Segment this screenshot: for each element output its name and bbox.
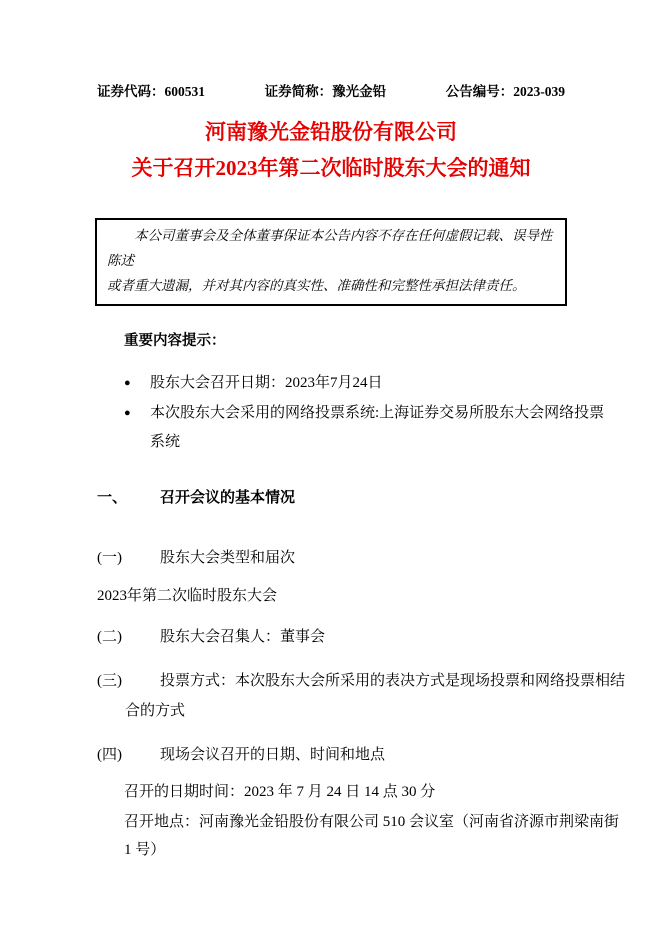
important-notice-heading: 重要内容提示：	[124, 329, 226, 350]
item-onsite-meeting: (四)现场会议召开的日期、时间和地点	[97, 740, 385, 770]
stock-short-name: 证券简称：豫光金铅	[265, 80, 387, 100]
item-number: (一)	[97, 543, 160, 573]
item-text: 股东大会类型和届次	[160, 550, 295, 566]
item-text: 股东大会召集人：董事会	[160, 629, 325, 645]
meeting-location-line2: 1 号）	[124, 835, 165, 865]
item-number: (二)	[97, 622, 160, 652]
disclaimer-line1: 本公司董事会及全体董事保证本公告内容不存在任何虚假记载、误导性陈述	[107, 223, 555, 273]
item-continuation: 合的方式	[125, 696, 625, 726]
document-title-line2: 关于召开2023年第二次临时股东大会的通知	[0, 152, 662, 182]
item-number: (四)	[97, 740, 160, 770]
meeting-datetime: 召开的日期时间：2023 年 7 月 24 日 14 点 30 分	[124, 777, 435, 807]
item-text: 现场会议召开的日期、时间和地点	[160, 747, 385, 763]
bullet-text: 本次股东大会采用的网络投票系统:上海证券交易所股东大会网络投票 系统	[150, 399, 604, 457]
item-meeting-type: (一)股东大会类型和届次	[97, 543, 295, 573]
item-number: (三)	[97, 666, 160, 696]
bullet-text: 股东大会召开日期：2023年7月24日	[150, 369, 383, 398]
bullet-item-meeting-date: ● 股东大会召开日期：2023年7月24日	[124, 369, 383, 398]
document-title-line1: 河南豫光金铅股份有限公司	[0, 116, 662, 146]
bullet-line: 本次股东大会采用的网络投票系统:上海证券交易所股东大会网络投票	[150, 399, 604, 428]
disclaimer-box: 本公司董事会及全体董事保证本公告内容不存在任何虚假记载、误导性陈述 或者重大遗漏…	[95, 218, 567, 306]
bullet-line: 股东大会召开日期：2023年7月24日	[150, 369, 383, 398]
item-text: 投票方式：本次股东大会所采用的表决方式是现场投票和网络投票相结	[160, 673, 625, 689]
item-text: 2023年第二次临时股东大会	[97, 588, 277, 604]
bullet-icon: ●	[124, 399, 150, 457]
disclaimer-line2: 或者重大遗漏，并对其内容的真实性、准确性和完整性承担法律责任。	[107, 273, 555, 298]
announcement-document: 证券代码：600531 证券简称：豫光金铅 公告编号：2023-039 河南豫光…	[0, 0, 662, 936]
item-voting-method: (三)投票方式：本次股东大会所采用的表决方式是现场投票和网络投票相结 合的方式	[97, 666, 625, 726]
stock-code: 证券代码：600531	[97, 80, 205, 100]
meeting-location-line1: 召开地点：河南豫光金铅股份有限公司 510 会议室（河南省济源市荆梁南街	[124, 807, 619, 837]
paragraph-meeting-session: 2023年第二次临时股东大会	[97, 581, 277, 611]
section-one-heading: 一、召开会议的基本情况	[97, 486, 295, 507]
bullet-line: 系统	[150, 428, 604, 457]
document-header: 证券代码：600531 证券简称：豫光金铅 公告编号：2023-039	[97, 80, 565, 100]
section-title: 召开会议的基本情况	[160, 489, 295, 506]
item-convener: (二)股东大会召集人：董事会	[97, 622, 325, 652]
item-line: (三)投票方式：本次股东大会所采用的表决方式是现场投票和网络投票相结	[97, 666, 625, 696]
bullet-icon: ●	[124, 369, 150, 398]
announcement-number: 公告编号：2023-039	[446, 80, 565, 100]
section-number: 一、	[97, 486, 160, 507]
bullet-item-voting-system: ● 本次股东大会采用的网络投票系统:上海证券交易所股东大会网络投票 系统	[124, 399, 604, 457]
